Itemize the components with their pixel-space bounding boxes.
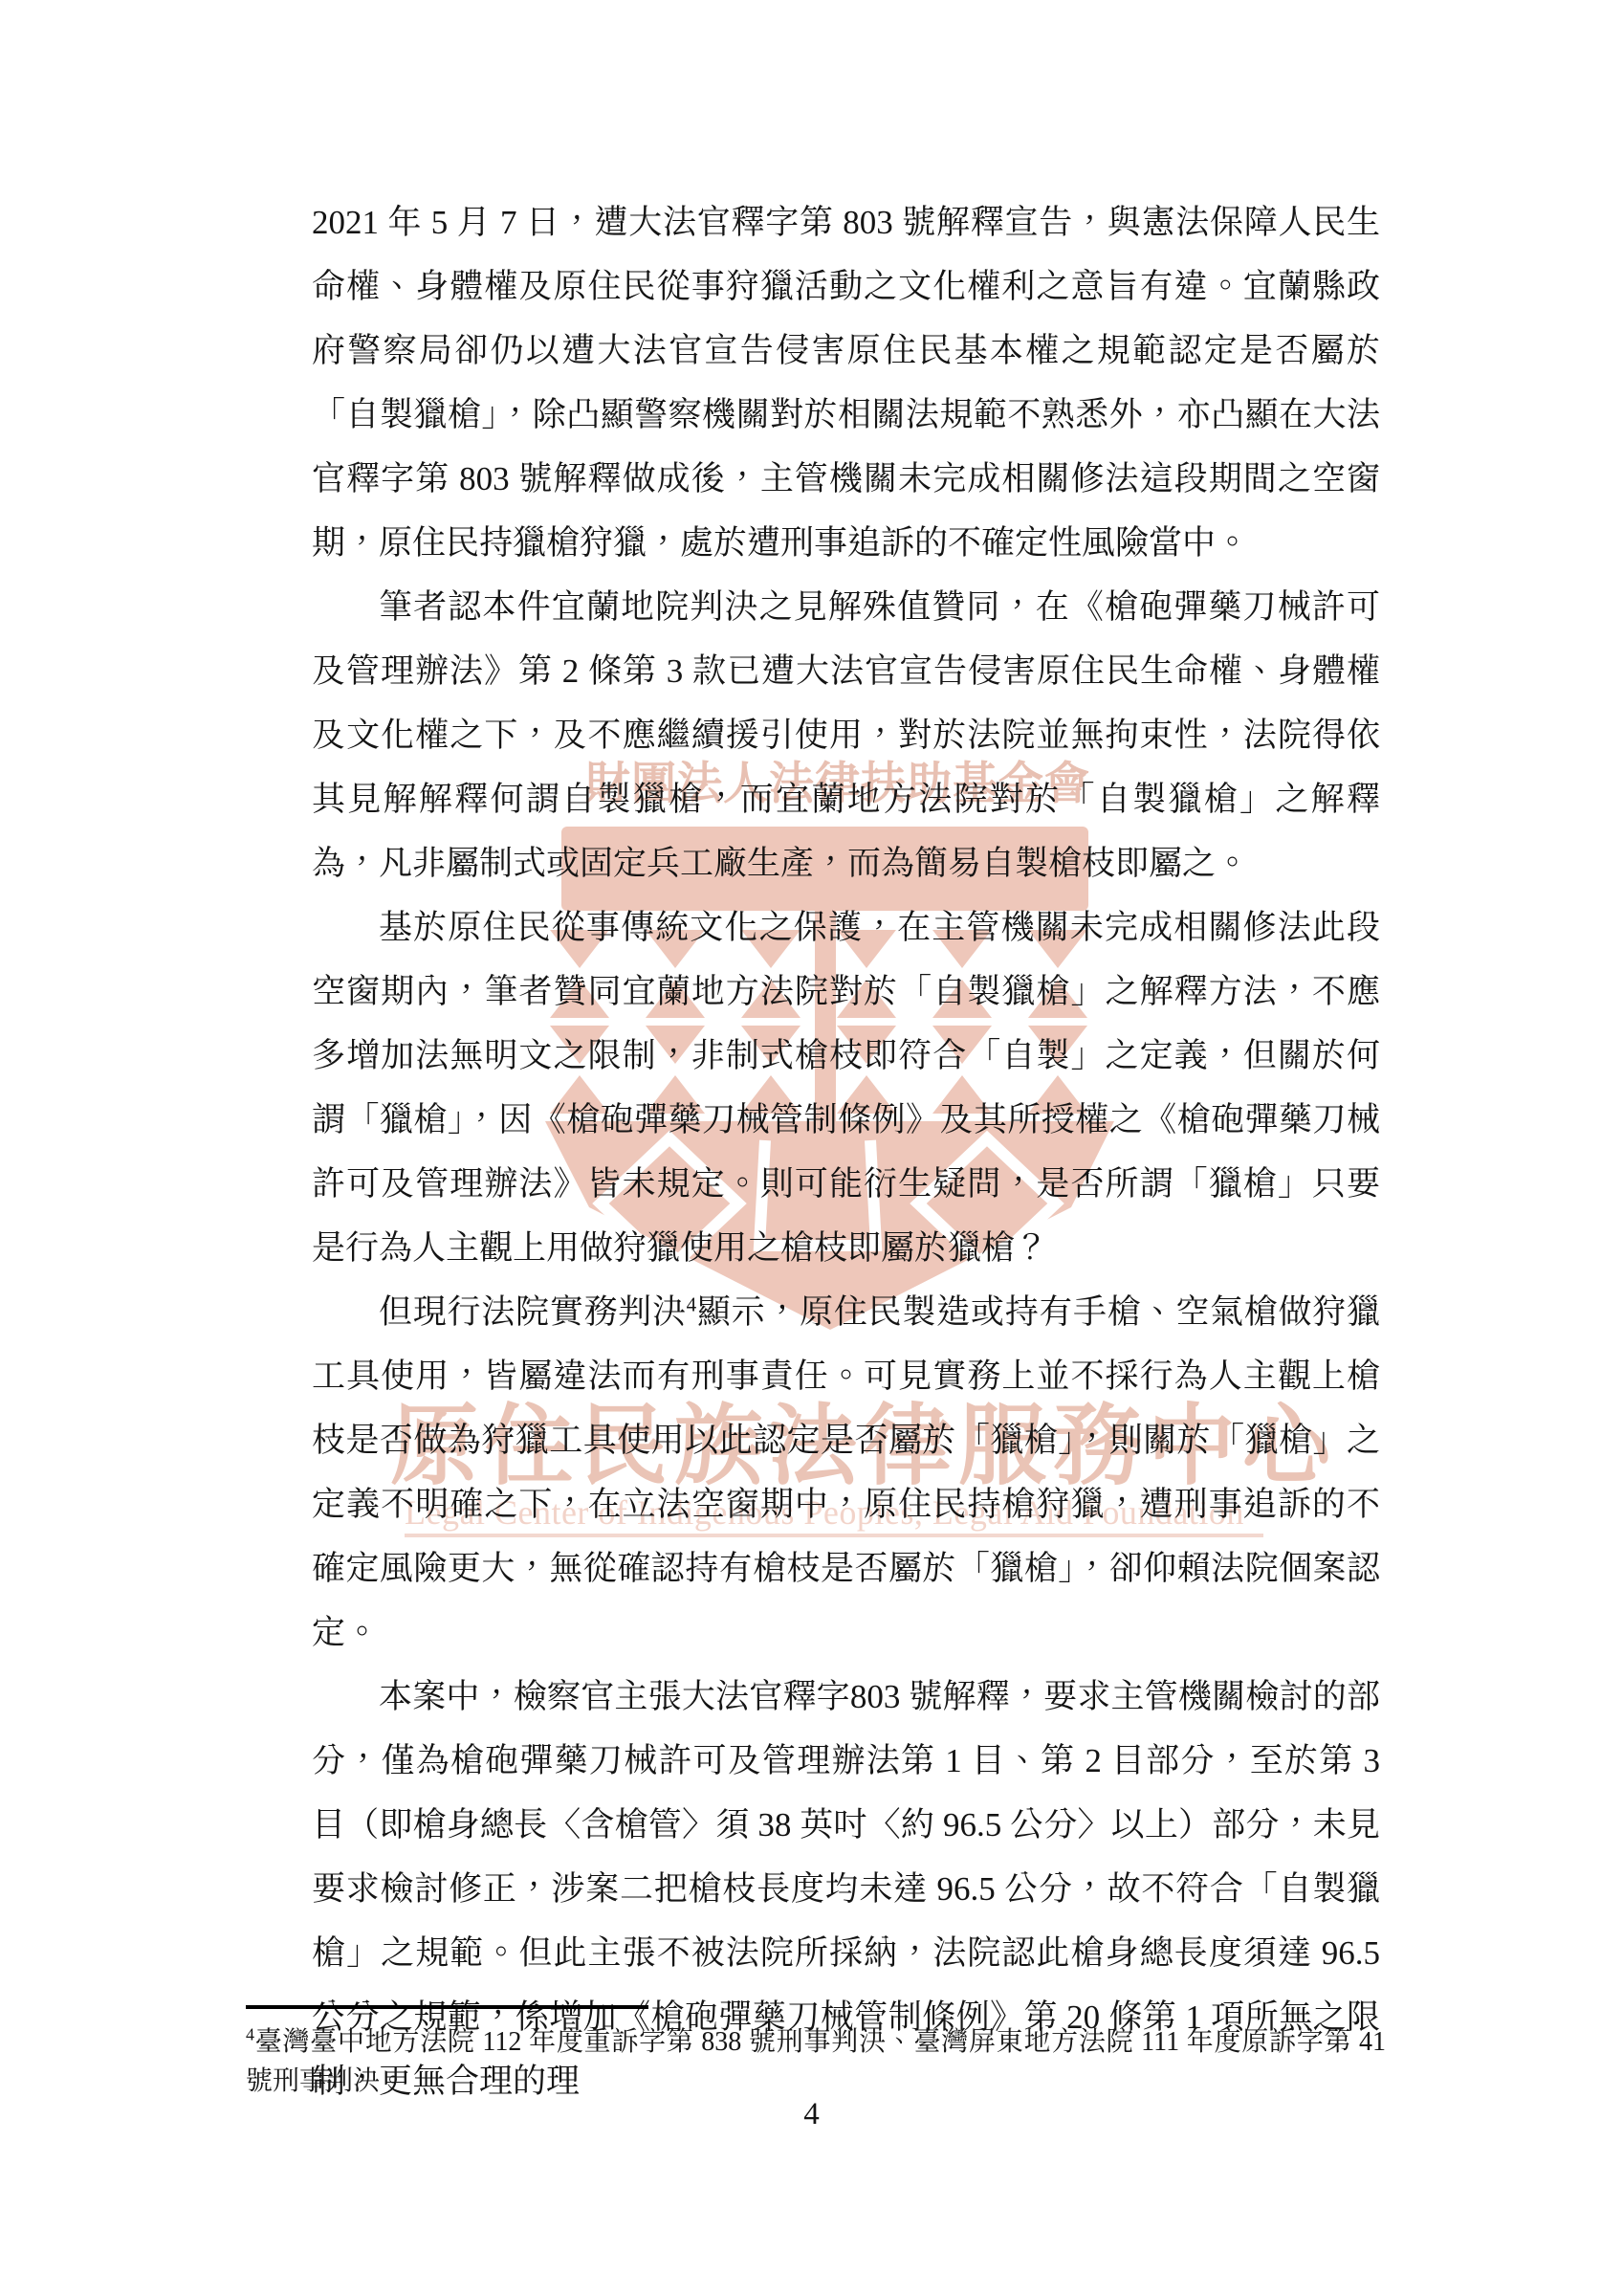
paragraph: 筆者認本件宜蘭地院判決之見解殊值贊同，在《槍砲彈藥刀械許可及管理辦法》第 2 條… xyxy=(312,575,1380,895)
paragraph: 2021 年 5 月 7 日，遭大法官釋字第 803 號解釋宣告，與憲法保障人民… xyxy=(312,190,1380,575)
paragraph-text: 但現行法院實務判決 xyxy=(379,1293,687,1331)
footnote-text: 臺灣臺中地方法院 112 年度重訴字第 838 號刑事判決、臺灣屏東地方法院 1… xyxy=(246,2027,1386,2096)
page-number: 4 xyxy=(0,2097,1623,2132)
footnote-marker: 4 xyxy=(246,2025,254,2044)
paragraph: 但現行法院實務判決4顯示，原住民製造或持有手槍、空氣槍做狩獵工具使用，皆屬違法而… xyxy=(312,1280,1380,1665)
footnote-separator xyxy=(246,2005,648,2009)
footnote: 4臺灣臺中地方法院 112 年度重訴字第 838 號刑事判決、臺灣屏東地方法院 … xyxy=(246,2022,1386,2101)
paragraph-text: 筆者認本件宜蘭地院判決之見解殊值贊同，在《槍砲彈藥刀械許可及管理辦法》第 2 條… xyxy=(312,588,1380,882)
paragraph-text: 基於原住民從事傳統文化之保護，在主管機關未完成相關修法此段空窗期內，筆者贊同宜蘭… xyxy=(312,909,1380,1267)
paragraph-text: 2021 年 5 月 7 日，遭大法官釋字第 803 號解釋宣告，與憲法保障人民… xyxy=(312,204,1380,562)
paragraph-text: 顯示，原住民製造或持有手槍、空氣槍做狩獵工具使用，皆屬違法而有刑事責任。可見實務… xyxy=(312,1293,1380,1651)
body-text: 2021 年 5 月 7 日，遭大法官釋字第 803 號解釋宣告，與憲法保障人民… xyxy=(312,190,1380,2113)
footnote-reference-marker: 4 xyxy=(687,1292,697,1315)
paragraph: 基於原住民從事傳統文化之保護，在主管機關未完成相關修法此段空窗期內，筆者贊同宜蘭… xyxy=(312,895,1380,1280)
document-page: 財團法人法律扶助基金會 原住民族法律服務中心 Legal Center of I… xyxy=(0,0,1623,2296)
